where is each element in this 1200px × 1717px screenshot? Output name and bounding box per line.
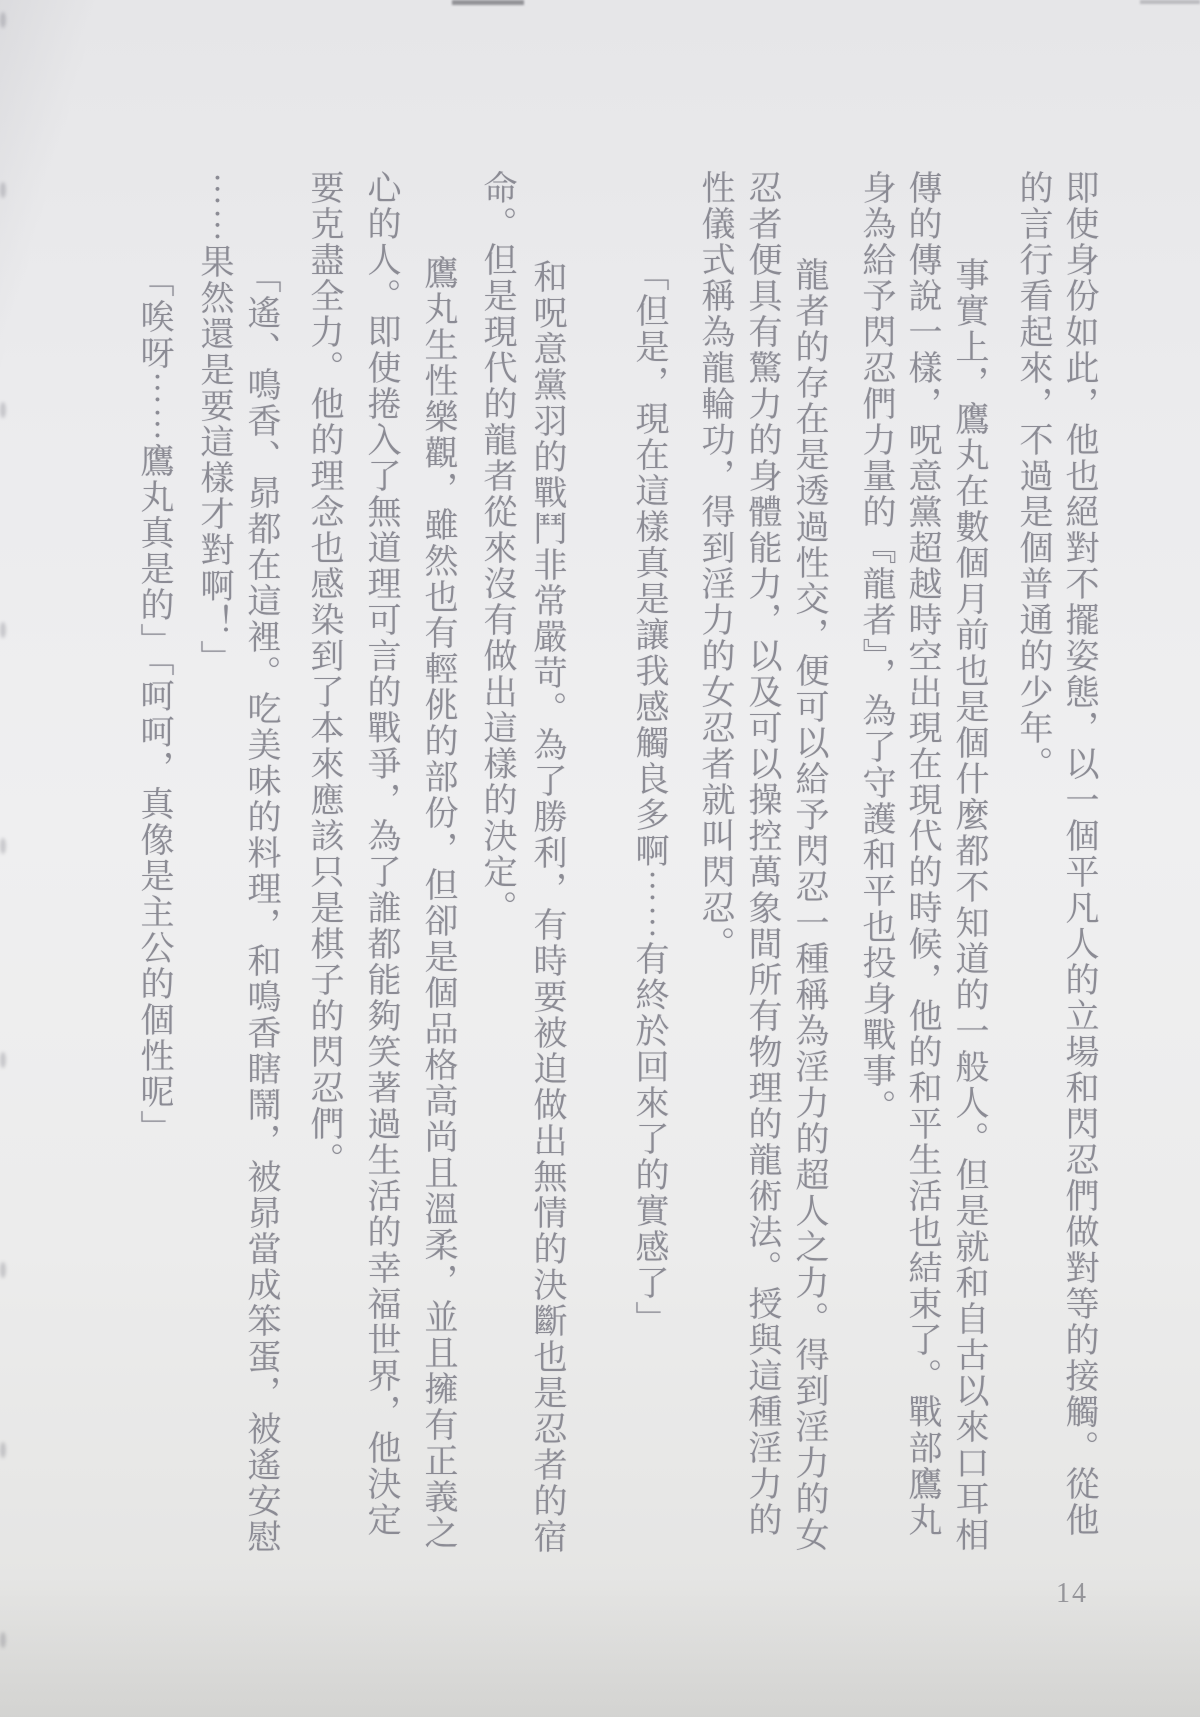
binding-mark bbox=[0, 12, 6, 28]
text-column-17: 「唉呀⋯⋯鷹丸真是的」「呵呵，真像是主公的個性呢」 bbox=[131, 263, 175, 1146]
text-column-16: ⋯⋯果然還是要這樣才對啊！」 bbox=[191, 172, 235, 676]
page-number: 14 bbox=[1056, 1578, 1088, 1610]
binding-mark bbox=[0, 1442, 6, 1458]
text-column-14: 要克盡全力。他的理念也感染到了本來應該只是棋子的閃忍們。 bbox=[301, 170, 345, 1178]
binding-mark bbox=[0, 838, 6, 854]
text-column-1: 即使身份如此，他也絕對不擺姿態，以一個平凡人的立場和閃忍們做對等的接觸。從他 bbox=[1056, 170, 1100, 1538]
text-column-15: 「遙、鳴香、昴都在這裡。吃美味的料理，和鳴香瞎鬧，被昴當成笨蛋，被遙安慰 bbox=[238, 259, 282, 1555]
binding-mark bbox=[0, 402, 6, 418]
text-column-4: 傳的傳說一樣，呪意黨超越時空出現在現代的時候，他的和平生活也結束了。戰部鷹丸 bbox=[899, 170, 943, 1538]
text-column-2: 的言行看起來，不過是個普通的少年。 bbox=[1010, 170, 1054, 782]
binding-mark bbox=[0, 1632, 6, 1648]
text-column-5: 身為給予閃忍們力量的『龍者』，為了守護和平也投身戰事。 bbox=[853, 170, 897, 1125]
text-column-6: 龍者的存在是透過性交，便可以給予閃忍一種稱為淫力的超人之力。得到淫力的女 bbox=[786, 257, 830, 1553]
text-column-8: 性儀式稱為龍輪功，得到淫力的女忍者就叫閃忍。 bbox=[692, 170, 736, 962]
text-column-13: 心的人。即使捲入了無道理可言的戰爭，為了誰都能夠笑著過生活的幸福世界，他決定 bbox=[358, 170, 402, 1538]
text-column-9: 「但是，現在這樣真是讓我感觸良多啊⋯⋯有終於回來了的實感了」 bbox=[626, 257, 670, 1337]
binding-mark bbox=[0, 1262, 6, 1278]
binding-mark bbox=[0, 622, 6, 638]
text-column-11: 命。但是現代的龍者從來沒有做出這樣的決定。 bbox=[474, 170, 518, 926]
book-page: 即使身份如此，他也絕對不擺姿態，以一個平凡人的立場和閃忍們做對等的接觸。從他 的… bbox=[0, 0, 1200, 1717]
page-top-edge-shadow bbox=[452, 0, 524, 5]
text-column-12: 鷹丸生性樂觀，雖然也有輕佻的部份，但卻是個品格高尚且溫柔，並且擁有正義之 bbox=[415, 255, 459, 1551]
text-column-7: 忍者便具有驚力的身體能力，以及可以操控萬象間所有物理的龍術法。授與這種淫力的 bbox=[739, 170, 783, 1538]
page-top-right-shadow bbox=[1140, 0, 1200, 4]
text-column-3: 事實上，鷹丸在數個月前也是個什麼都不知道的一般人。但是就和自古以來口耳相 bbox=[946, 257, 990, 1553]
binding-mark bbox=[0, 182, 6, 198]
binding-mark bbox=[0, 1052, 6, 1068]
text-column-10: 和呪意黨羽的戰鬥非常嚴苛。為了勝利，有時要被迫做出無情的決斷也是忍者的宿 bbox=[524, 259, 568, 1555]
